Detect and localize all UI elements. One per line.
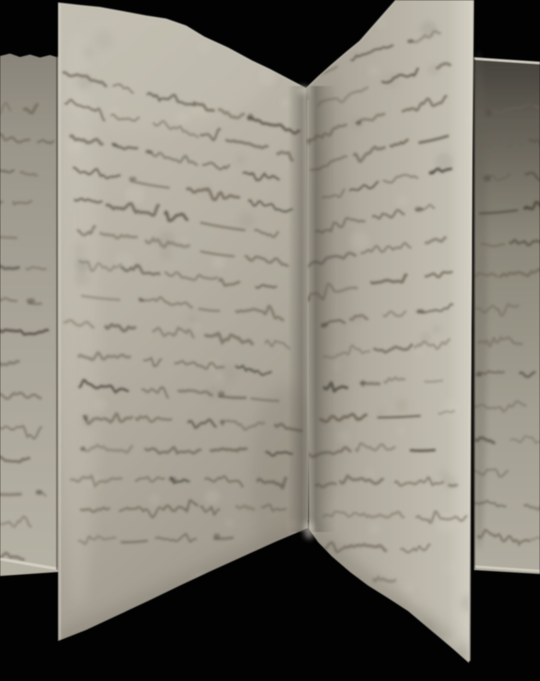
ink-blot [129,177,137,181]
paper-speckle [212,256,225,269]
ink-blot [84,415,88,421]
handwriting-word [449,485,456,486]
paper-speckle [95,327,100,332]
ink-blot [218,391,225,397]
paper-speckle [94,398,107,411]
paper-speckle [437,469,448,480]
paper-speckle [337,429,351,443]
ink-blot [36,490,43,495]
paper-speckle [396,195,408,207]
paper-speckle [397,426,405,434]
paper-speckle [351,232,369,250]
ink-blot [81,446,86,451]
paper-speckle [421,333,431,343]
paper-speckle [198,42,209,53]
paper-speckle [149,494,159,504]
left-page-left-light-band [58,30,98,610]
paper-speckle [194,324,200,330]
book-spine [288,86,336,539]
paper-speckle [369,66,379,76]
left-leaf-paper [0,54,58,577]
paper-speckle [242,178,248,184]
paper-speckle [126,186,145,205]
paper-speckle [421,21,437,37]
ink-blot [485,109,492,116]
handwriting-word [0,494,20,495]
handwriting-word [411,450,435,451]
paper-speckle [441,561,456,576]
paper-speckle [73,242,87,256]
book-photo [0,0,540,681]
paper-speckle [403,583,415,595]
ink-blot [213,534,220,540]
paper-speckle [415,348,423,356]
ink-blot [221,419,225,425]
ink-blot [414,207,423,212]
paper-speckle [365,469,375,479]
ink-blot [145,150,153,154]
ink-blot [168,477,177,481]
paper-speckle [216,373,224,381]
spine-gutter-shadow [288,86,336,532]
paper-speckle [442,400,458,416]
handwriting-word [122,541,147,542]
paper-speckle [226,519,234,527]
photo-open-notebook [0,0,540,681]
ink-blot [483,175,491,182]
paper-speckle [83,47,94,58]
ink-blot [356,121,362,126]
paper-speckle [433,325,441,333]
ink-blot [524,206,530,210]
ink-blot [247,114,253,122]
paper-speckle [160,247,172,259]
ink-blot [416,309,425,314]
paper-speckle [190,108,197,115]
paper-speckle [412,597,420,605]
ink-blot [361,380,365,387]
ink-blot [26,298,35,304]
spine-top-vertex-highlight [297,86,309,94]
paper-speckle [176,111,189,124]
spine-bottom-vertex-highlight [304,521,314,539]
ink-blot [139,298,144,302]
ink-blot [407,39,414,43]
right-underlying-page [471,50,540,574]
paper-speckle [205,490,219,504]
paper-speckle [369,523,380,534]
ink-blot [430,170,435,174]
paper-speckle [236,155,245,164]
ink-blot [112,143,117,147]
paper-speckle [395,399,409,413]
paper-speckle [75,271,90,286]
paper-speckle [95,31,113,49]
ink-blot [476,371,482,377]
left-underlying-page [0,54,58,577]
paper-speckle [188,314,197,323]
paper-speckle [239,213,255,229]
paper-speckle [74,256,88,270]
